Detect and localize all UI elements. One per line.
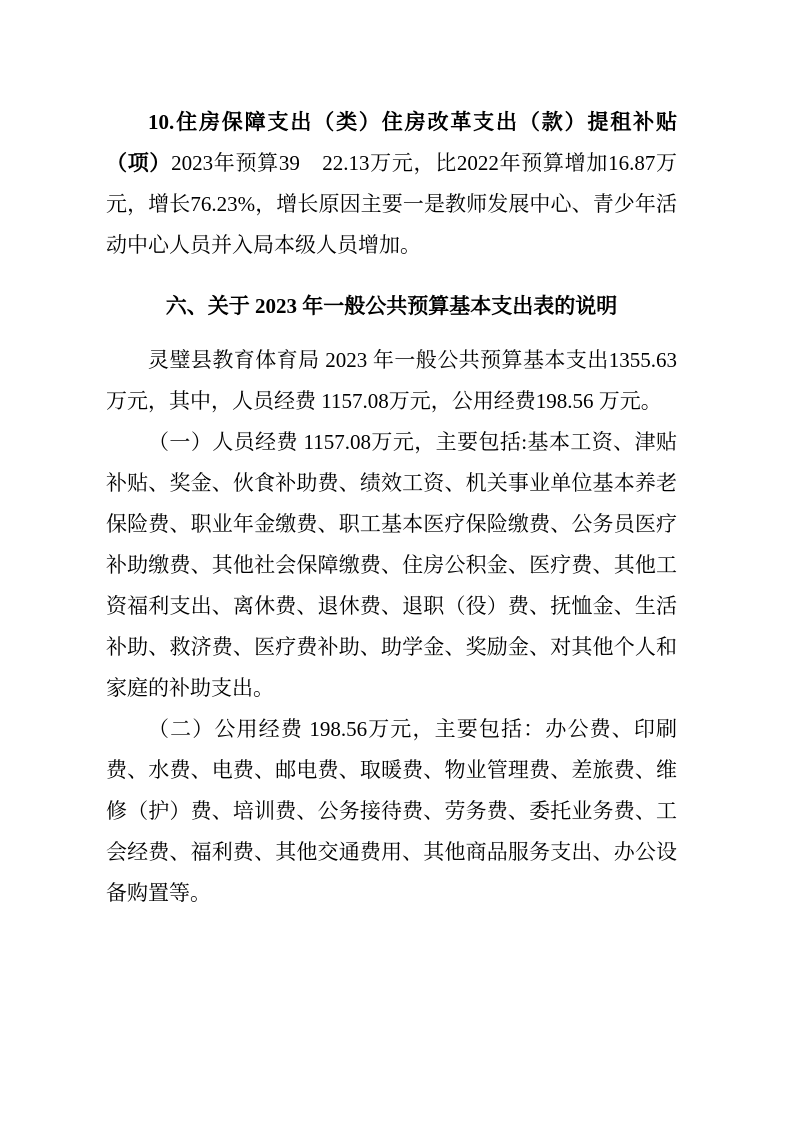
section-heading-basic-expenditure: 六、关于 2023 年一般公共预算基本支出表的说明 xyxy=(106,286,677,327)
document-content: 10.住房保障支出（类）住房改革支出（款）提租补贴（项）2023年预算39 22… xyxy=(106,102,677,914)
paragraph-budget-overview: 灵璧县教育体育局 2023 年一般公共预算基本支出1355.63万元，其中，人员… xyxy=(106,340,677,422)
paragraph-housing-subsidy-text: 2023年预算39 22.13万元，比2022年预算增加16.87万元，增长76… xyxy=(106,151,677,257)
document-page: 10.住房保障支出（类）住房改革支出（款）提租补贴（项）2023年预算39 22… xyxy=(0,0,793,1122)
paragraph-public-expenses: （二）公用经费 198.56万元，主要包括：办公费、印刷费、水费、电费、邮电费、… xyxy=(106,709,677,914)
paragraph-personnel-expenses: （一）人员经费 1157.08万元，主要包括:基本工资、津贴补贴、奖金、伙食补助… xyxy=(106,422,677,709)
paragraph-housing-subsidy: 10.住房保障支出（类）住房改革支出（款）提租补贴（项）2023年预算39 22… xyxy=(106,102,677,266)
